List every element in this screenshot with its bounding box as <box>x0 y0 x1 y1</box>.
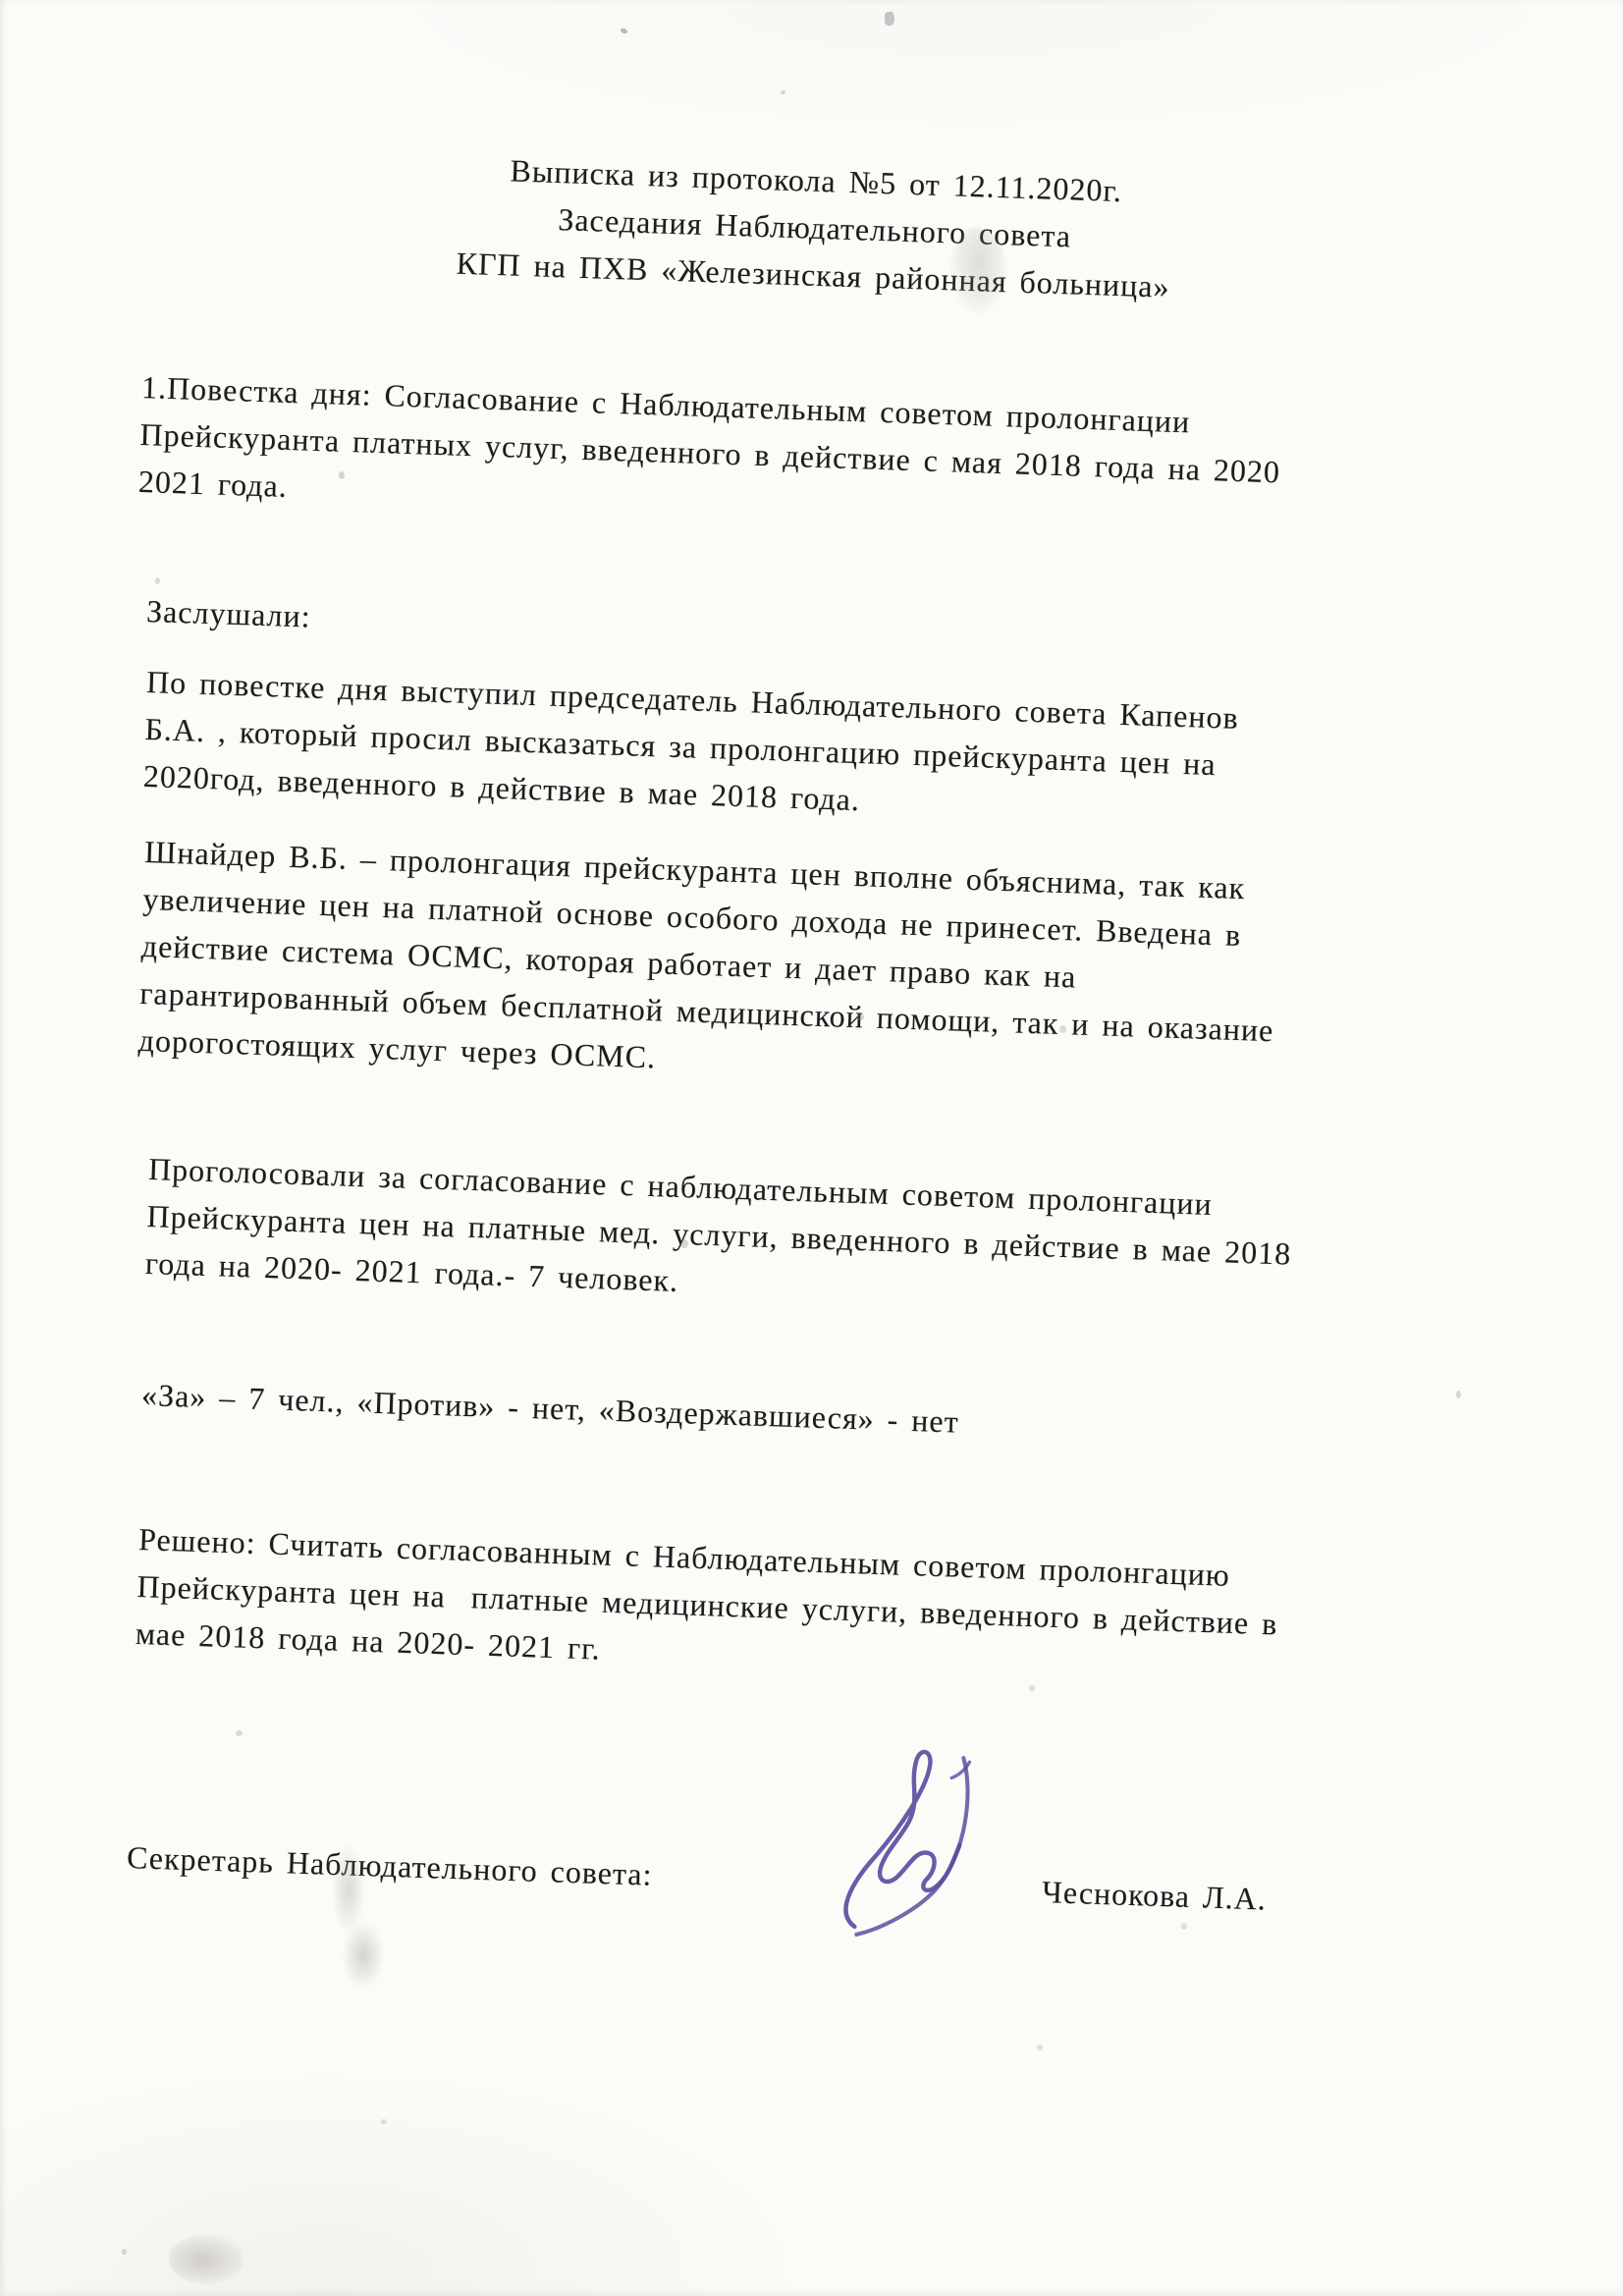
scan-speck <box>1456 1391 1461 1398</box>
heard-section-label: Заслушали: <box>145 587 311 640</box>
scan-speck <box>155 577 160 584</box>
document-title: Выписка из протокола №5 от 12.11.2020г.З… <box>137 135 1491 321</box>
scan-speck <box>620 27 627 34</box>
scan-speck <box>885 12 894 26</box>
scan-stain-drip <box>342 1921 385 1990</box>
scan-speck <box>1181 1923 1187 1930</box>
scan-stain-blob <box>169 2235 243 2284</box>
secretary-role-label: Секретарь Наблюдательного совета: <box>126 1833 653 1898</box>
scan-speck <box>381 2119 387 2124</box>
vote-summary-paragraph: Проголосовали за согласование с наблюдат… <box>144 1145 1293 1325</box>
chairman-speech-paragraph: По повестке дня выступил председатель На… <box>142 658 1239 836</box>
scan-speck <box>781 90 785 94</box>
agenda-paragraph: 1.Повестка дня: Согласование с Наблюдате… <box>137 363 1282 542</box>
vote-result-line: «За» – 7 чел., «Против» - нет, «Воздержа… <box>140 1371 959 1446</box>
scanned-document-page: Выписка из протокола №5 от 12.11.2020г.З… <box>0 0 1623 2296</box>
scan-speck <box>236 1730 243 1736</box>
signature-handwriting-icon <box>837 1736 1013 1944</box>
schneider-speech-paragraph: Шнайдер В.Б. – пролонгация прейскуранта … <box>137 828 1279 1101</box>
decision-paragraph: Решено: Считать согласованным с Наблюдат… <box>135 1515 1279 1694</box>
scan-speck <box>1037 2045 1043 2050</box>
scan-speck <box>122 2249 127 2255</box>
secretary-name: Чеснокова Л.А. <box>1041 1868 1267 1923</box>
